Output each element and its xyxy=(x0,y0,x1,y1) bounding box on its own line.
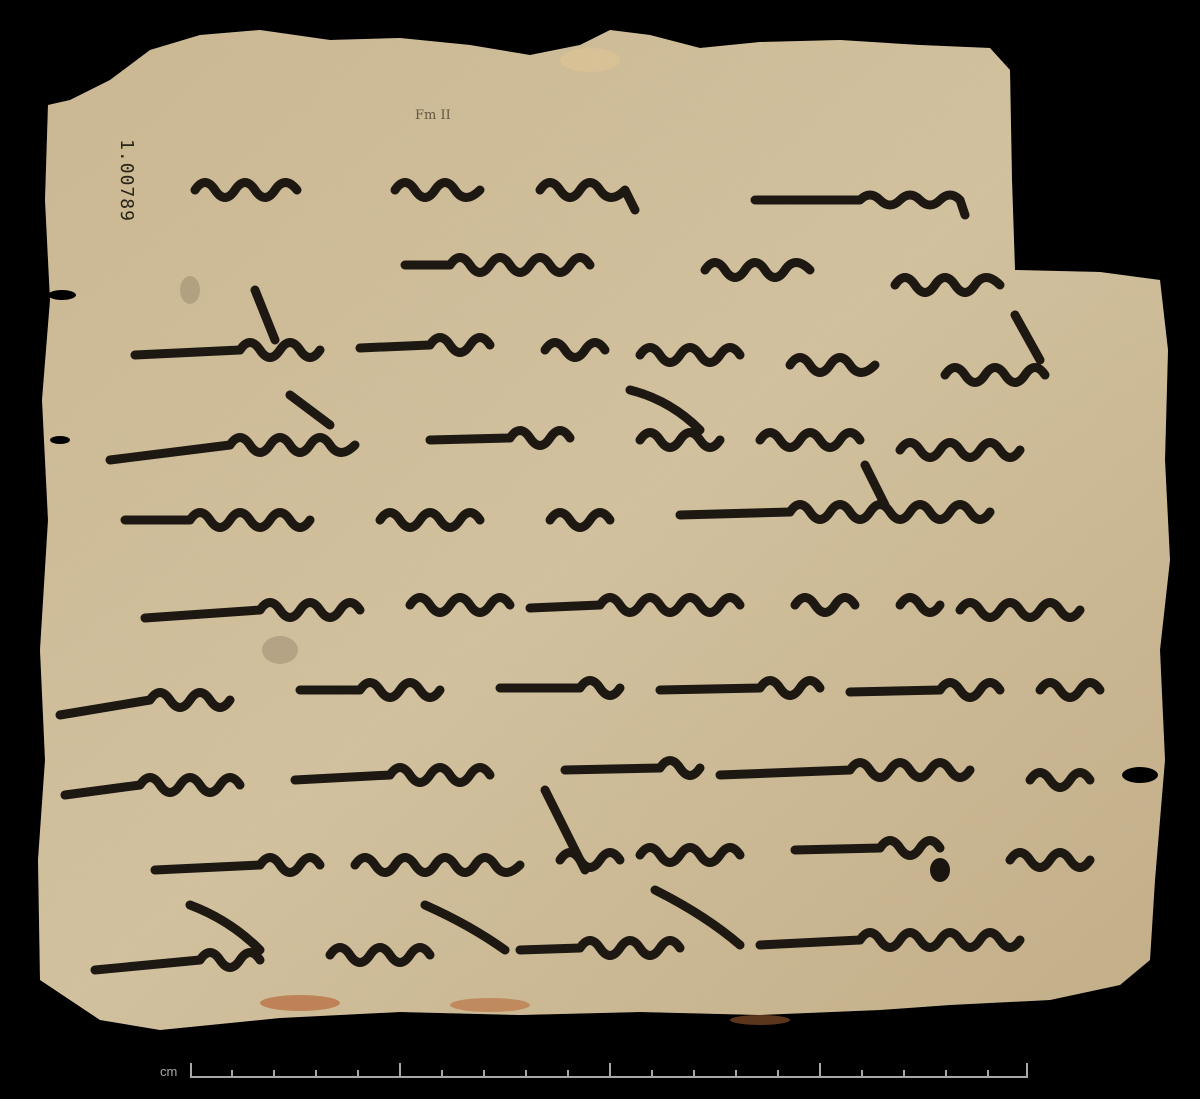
scale-unit-label: cm xyxy=(160,1064,177,1079)
scale-ruler xyxy=(190,1058,1030,1082)
pencil-note: Fm II xyxy=(415,108,451,123)
photo-stage: 1.00789 Fm II cm xyxy=(0,0,1200,1099)
shelfmark-number: 1.00789 xyxy=(116,139,137,222)
manuscript-fragment xyxy=(0,0,1200,1040)
